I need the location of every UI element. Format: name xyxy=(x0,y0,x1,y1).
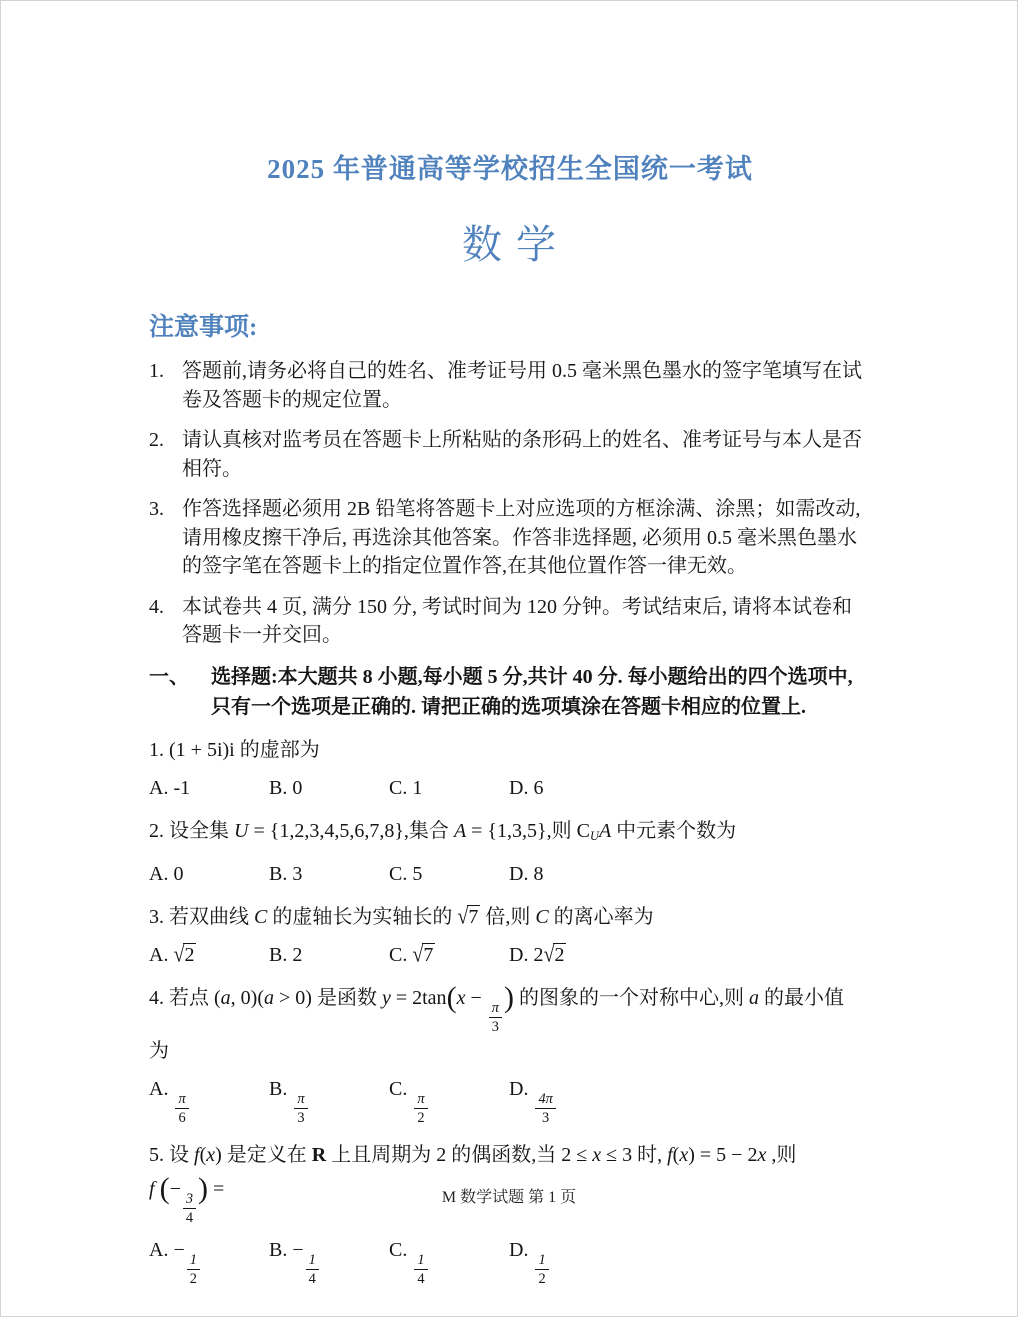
question-2-stem: 2. 设全集 U = {1,2,3,4,5,6,7,8},集合 A = {1,3… xyxy=(149,816,871,851)
option-d: D. 8 xyxy=(509,859,871,889)
option-d: D. 6 xyxy=(509,773,871,803)
notice-item-1: 1. 答题前,请务必将自己的姓名、准考证号用 0.5 毫米黑色墨水的签字笔填写在… xyxy=(149,357,871,414)
exam-subject-title: 数 学 xyxy=(149,219,871,271)
option-c: C. π2 xyxy=(389,1074,509,1127)
option-b: B. 0 xyxy=(269,773,389,803)
option-b: B. π3 xyxy=(269,1074,389,1127)
notice-item-text: 本试卷共 4 页, 满分 150 分, 考试时间为 120 分钟。考试结束后, … xyxy=(182,593,871,650)
question-5-stem: 5. 设 f(x) 是定义在 R 上且周期为 2 的偶函数,当 2 ≤ x ≤ … xyxy=(149,1140,871,1170)
question-3-stem: 3. 若双曲线 C 的虚轴长为实轴长的 √7 倍,则 C 的离心率为 xyxy=(149,902,871,932)
question-2: 2. 设全集 U = {1,2,3,4,5,6,7,8},集合 A = {1,3… xyxy=(149,816,871,889)
option-a: A. −12 xyxy=(149,1235,269,1288)
notice-item-4: 4. 本试卷共 4 页, 满分 150 分, 考试时间为 120 分钟。考试结束… xyxy=(149,593,871,650)
page-footer: M 数学试题 第 1 页 xyxy=(1,1187,1017,1209)
section-header-choice-questions: 一、 选择题:本大题共 8 小题,每小题 5 分,共计 40 分. 每小题给出的… xyxy=(149,662,871,722)
option-d: D. 12 xyxy=(509,1235,871,1288)
notice-item-number: 1. xyxy=(149,357,182,414)
option-a: A. 0 xyxy=(149,859,269,889)
option-c: C. √7 xyxy=(389,940,509,970)
question-5-options: A. −12 B. −14 C. 14 D. 12 xyxy=(149,1235,871,1288)
section-text: 选择题:本大题共 8 小题,每小题 5 分,共计 40 分. 每小题给出的四个选… xyxy=(211,662,871,722)
notice-item-number: 3. xyxy=(149,495,182,581)
question-4: 4. 若点 (a, 0)(a > 0) 是函数 y = 2tan(x − π3)… xyxy=(149,983,871,1127)
option-b: B. 2 xyxy=(269,940,389,970)
option-b: B. −14 xyxy=(269,1235,389,1288)
notice-heading: 注意事项: xyxy=(149,311,871,345)
notice-item-number: 2. xyxy=(149,426,182,483)
question-3: 3. 若双曲线 C 的虚轴长为实轴长的 √7 倍,则 C 的离心率为 A. √2… xyxy=(149,902,871,970)
question-1-options: A. -1 B. 0 C. 1 D. 6 xyxy=(149,773,871,803)
notice-item-text: 请认真核对监考员在答题卡上所粘贴的条形码上的姓名、准考证号与本人是否相符。 xyxy=(182,426,871,483)
exam-page: 2025 年普通高等学校招生全国统一考试 数 学 注意事项: 1. 答题前,请务… xyxy=(0,0,1018,1317)
section-number: 一、 xyxy=(149,662,211,722)
option-c: C. 1 xyxy=(389,773,509,803)
question-5: 5. 设 f(x) 是定义在 R 上且周期为 2 的偶函数,当 2 ≤ x ≤ … xyxy=(149,1140,871,1288)
option-a: A. -1 xyxy=(149,773,269,803)
question-2-options: A. 0 B. 3 C. 5 D. 8 xyxy=(149,859,871,889)
option-a: A. √2 xyxy=(149,940,269,970)
notice-item-text: 答题前,请务必将自己的姓名、准考证号用 0.5 毫米黑色墨水的签字笔填写在试卷及… xyxy=(182,357,871,414)
option-b: B. 3 xyxy=(269,859,389,889)
question-1-stem: 1. (1 + 5i)i 的虚部为 xyxy=(149,735,871,765)
exam-title: 2025 年普通高等学校招生全国统一考试 xyxy=(149,151,871,187)
notice-item-text: 作答选择题必须用 2B 铅笔将答题卡上对应选项的方框涂满、涂黑；如需改动,请用橡… xyxy=(182,495,871,581)
question-4-stem-line2: 为 xyxy=(149,1036,871,1066)
option-d: D. 4π3 xyxy=(509,1074,871,1127)
question-4-stem: 4. 若点 (a, 0)(a > 0) 是函数 y = 2tan(x − π3)… xyxy=(149,983,871,1036)
notice-item-3: 3. 作答选择题必须用 2B 铅笔将答题卡上对应选项的方框涂满、涂黑；如需改动,… xyxy=(149,495,871,581)
page-content: 2025 年普通高等学校招生全国统一考试 数 学 注意事项: 1. 答题前,请务… xyxy=(149,151,871,1288)
question-1: 1. (1 + 5i)i 的虚部为 A. -1 B. 0 C. 1 D. 6 xyxy=(149,735,871,803)
option-d: D. 2√2 xyxy=(509,940,871,970)
notice-item-number: 4. xyxy=(149,593,182,650)
notice-item-2: 2. 请认真核对监考员在答题卡上所粘贴的条形码上的姓名、准考证号与本人是否相符。 xyxy=(149,426,871,483)
option-c: C. 5 xyxy=(389,859,509,889)
option-a: A. π6 xyxy=(149,1074,269,1127)
question-4-options: A. π6 B. π3 C. π2 D. 4π3 xyxy=(149,1074,871,1127)
question-3-options: A. √2 B. 2 C. √7 D. 2√2 xyxy=(149,940,871,970)
option-c: C. 14 xyxy=(389,1235,509,1288)
